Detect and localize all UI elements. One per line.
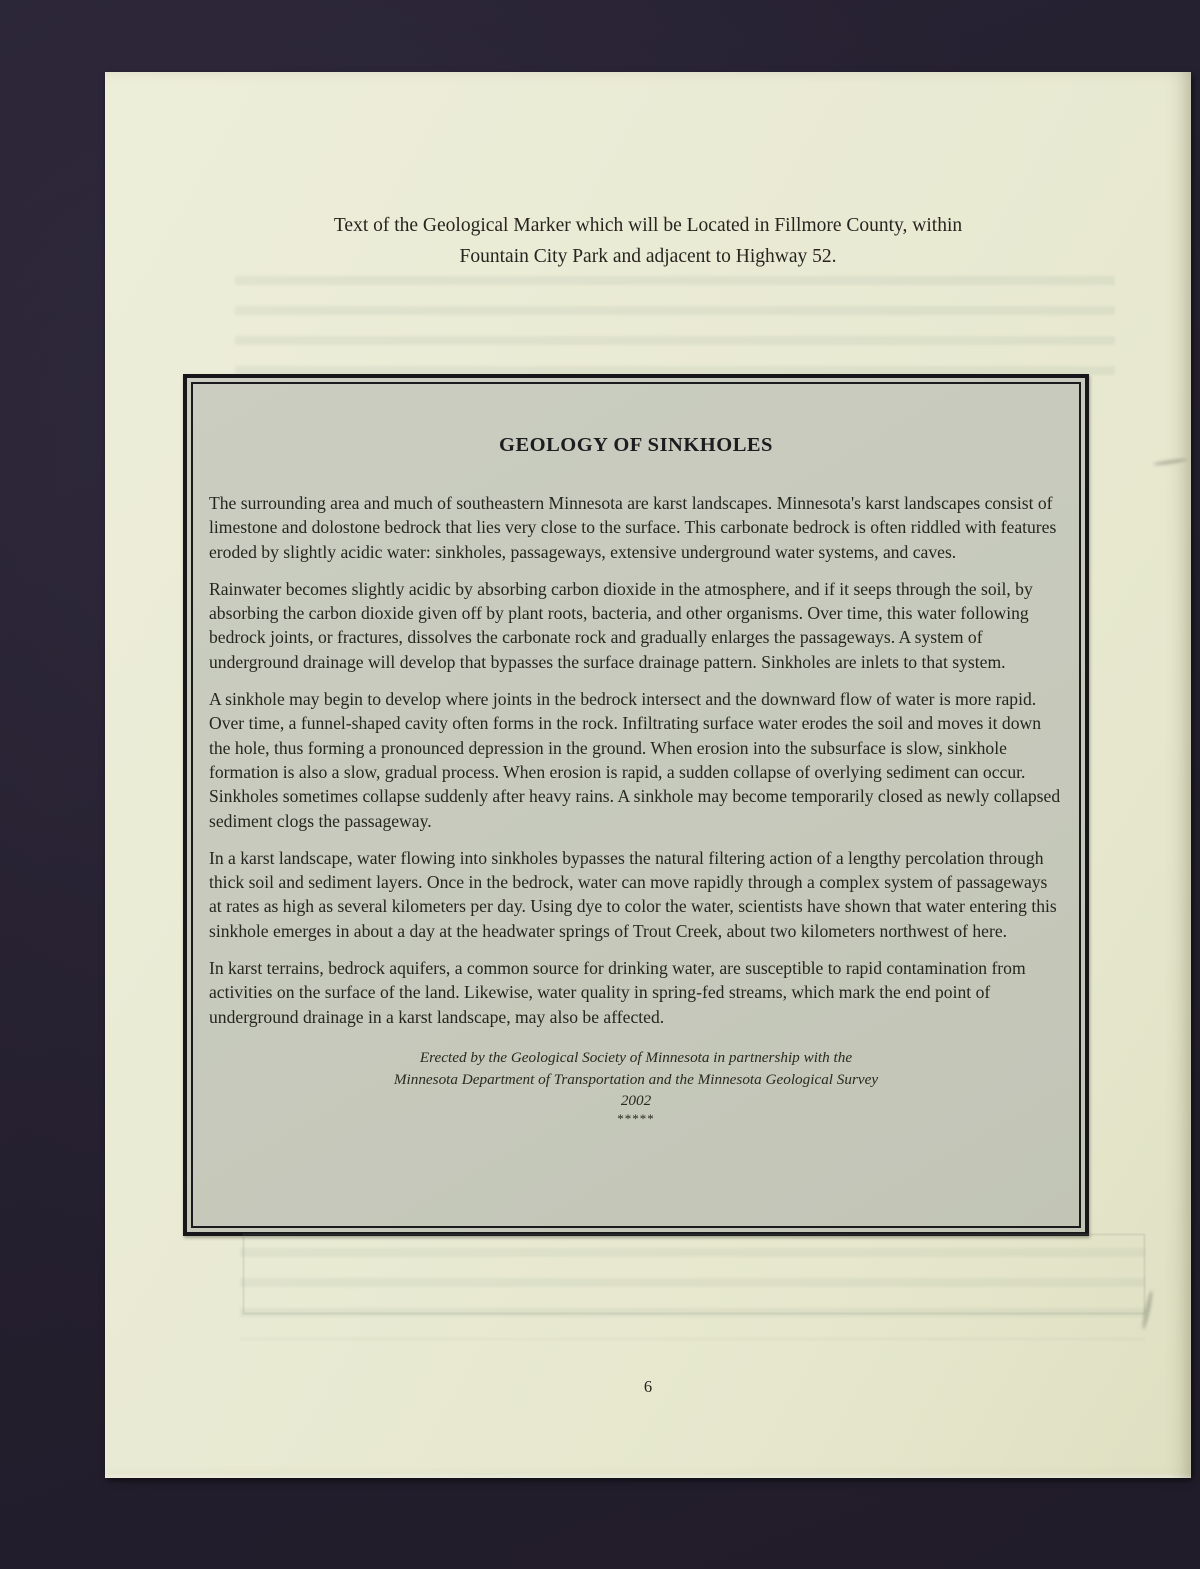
page-heading: Text of the Geological Marker which will… [105, 210, 1191, 272]
marker-credit-stars: ***** [209, 1111, 1063, 1127]
marker-credit-year: 2002 [209, 1091, 1063, 1111]
page-number: 6 [105, 1377, 1191, 1397]
marker-title: GEOLOGY OF SINKHOLES [209, 434, 1063, 457]
scanned-page: Text of the Geological Marker which will… [105, 72, 1191, 1478]
marker-body-text: The surrounding area and much of southea… [209, 491, 1063, 1029]
ink-bleed-through-bottom [240, 1240, 1145, 1340]
marker-credit: Erected by the Geological Society of Min… [209, 1047, 1063, 1091]
page-heading-line1: Text of the Geological Marker which will… [105, 210, 1191, 241]
marker-credit-line2: Minnesota Department of Transportation a… [209, 1069, 1063, 1091]
marker-paragraph-4: In a karst landscape, water flowing into… [209, 846, 1063, 943]
marker-paragraph-5: In karst terrains, bedrock aquifers, a c… [209, 956, 1063, 1029]
pencil-smudge-mark [1153, 458, 1187, 467]
geological-marker-panel-inner-frame: GEOLOGY OF SINKHOLES The surrounding are… [191, 382, 1081, 1228]
ink-bleed-through-top [235, 268, 1115, 390]
marker-paragraph-2: Rainwater becomes slightly acidic by abs… [209, 577, 1063, 674]
marker-paragraph-1: The surrounding area and much of southea… [209, 491, 1063, 564]
geological-marker-panel: GEOLOGY OF SINKHOLES The surrounding are… [183, 374, 1089, 1236]
marker-paragraph-3: A sinkhole may begin to develop where jo… [209, 687, 1063, 833]
marker-credit-line1: Erected by the Geological Society of Min… [209, 1047, 1063, 1069]
